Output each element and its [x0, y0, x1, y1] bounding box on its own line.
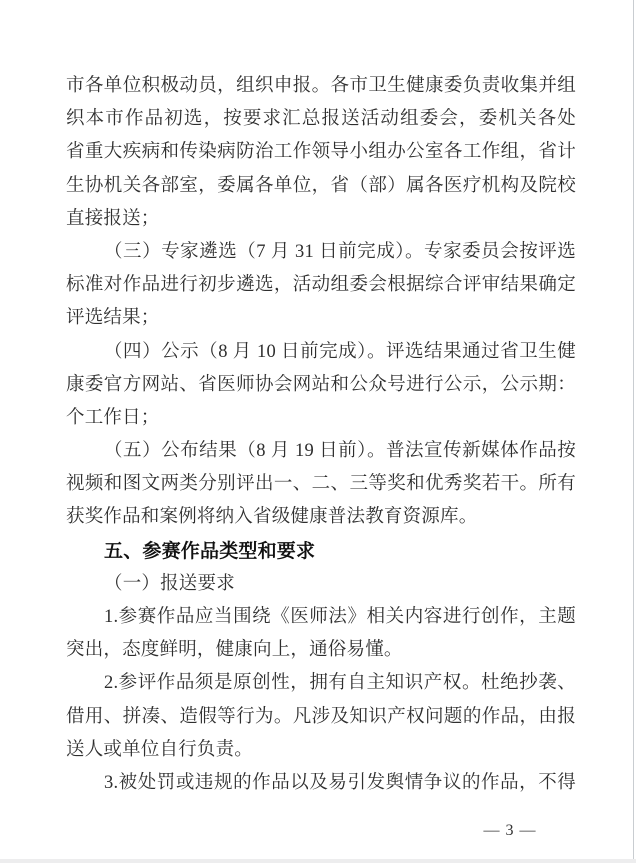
document-body: 市各单位积极动员，组织申报。各市卫生健康委负责收集并组织本市作品初选，按要求汇总… [66, 70, 576, 800]
document-page: 市各单位积极动员，组织申报。各市卫生健康委负责收集并组织本市作品初选，按要求汇总… [0, 0, 636, 863]
document-line: 康委官方网站、省医师协会网站和公众号进行公示，公示期：5 [66, 369, 576, 402]
document-line: （五）公布结果（8 月 19 日前）。普法宣传新媒体作品按 [66, 435, 576, 468]
document-line: 借用、拼凑、造假等行为。凡涉及知识产权问题的作品，由报 [66, 701, 576, 734]
page-number-text: — 3 — [484, 822, 537, 839]
document-line: 个工作日； [66, 402, 576, 435]
document-line: 织本市作品初选，按要求汇总报送活动组委会，委机关各处室、 [66, 103, 576, 136]
document-line: 直接报送； [66, 203, 576, 236]
document-line: 2.参评作品须是原创性，拥有自主知识产权。杜绝抄袭、 [66, 667, 576, 700]
document-line: （四）公示（8 月 10 日前完成）。评选结果通过省卫生健 [66, 336, 576, 369]
document-line: 获奖作品和案例将纳入省级健康普法教育资源库。 [66, 501, 576, 534]
page-right-edge-line [633, 0, 634, 863]
document-line: 3.被处罚或违规的作品以及易引发舆情争议的作品，不得 [66, 767, 576, 800]
document-line: （一）报送要求 [66, 568, 576, 601]
document-line: 市各单位积极动员，组织申报。各市卫生健康委负责收集并组 [66, 70, 576, 103]
document-line: 视频和图文两类分别评出一、二、三等奖和优秀奖若干。所有 [66, 468, 576, 501]
document-line: 突出，态度鲜明，健康向上，通俗易懂。 [66, 634, 576, 667]
document-line: 1.参赛作品应当围绕《医师法》相关内容进行创作，主题 [66, 601, 576, 634]
page-bottom-edge [0, 859, 636, 863]
document-line: 标准对作品进行初步遴选，活动组委会根据综合评审结果确定 [66, 269, 576, 302]
document-line: 生协机关各部室，委属各单位，省（部）属各医疗机构及院校 [66, 170, 576, 203]
section-heading: 五、参赛作品类型和要求 [66, 535, 576, 568]
document-line: （三）专家遴选（7 月 31 日前完成）。专家委员会按评选 [66, 236, 576, 269]
document-line: 送人或单位自行负责。 [66, 734, 576, 767]
page-number: — 3 — [420, 822, 600, 840]
document-line: 评选结果； [66, 302, 576, 335]
document-line: 省重大疾病和传染病防治工作领导小组办公室各工作组，省计 [66, 136, 576, 169]
